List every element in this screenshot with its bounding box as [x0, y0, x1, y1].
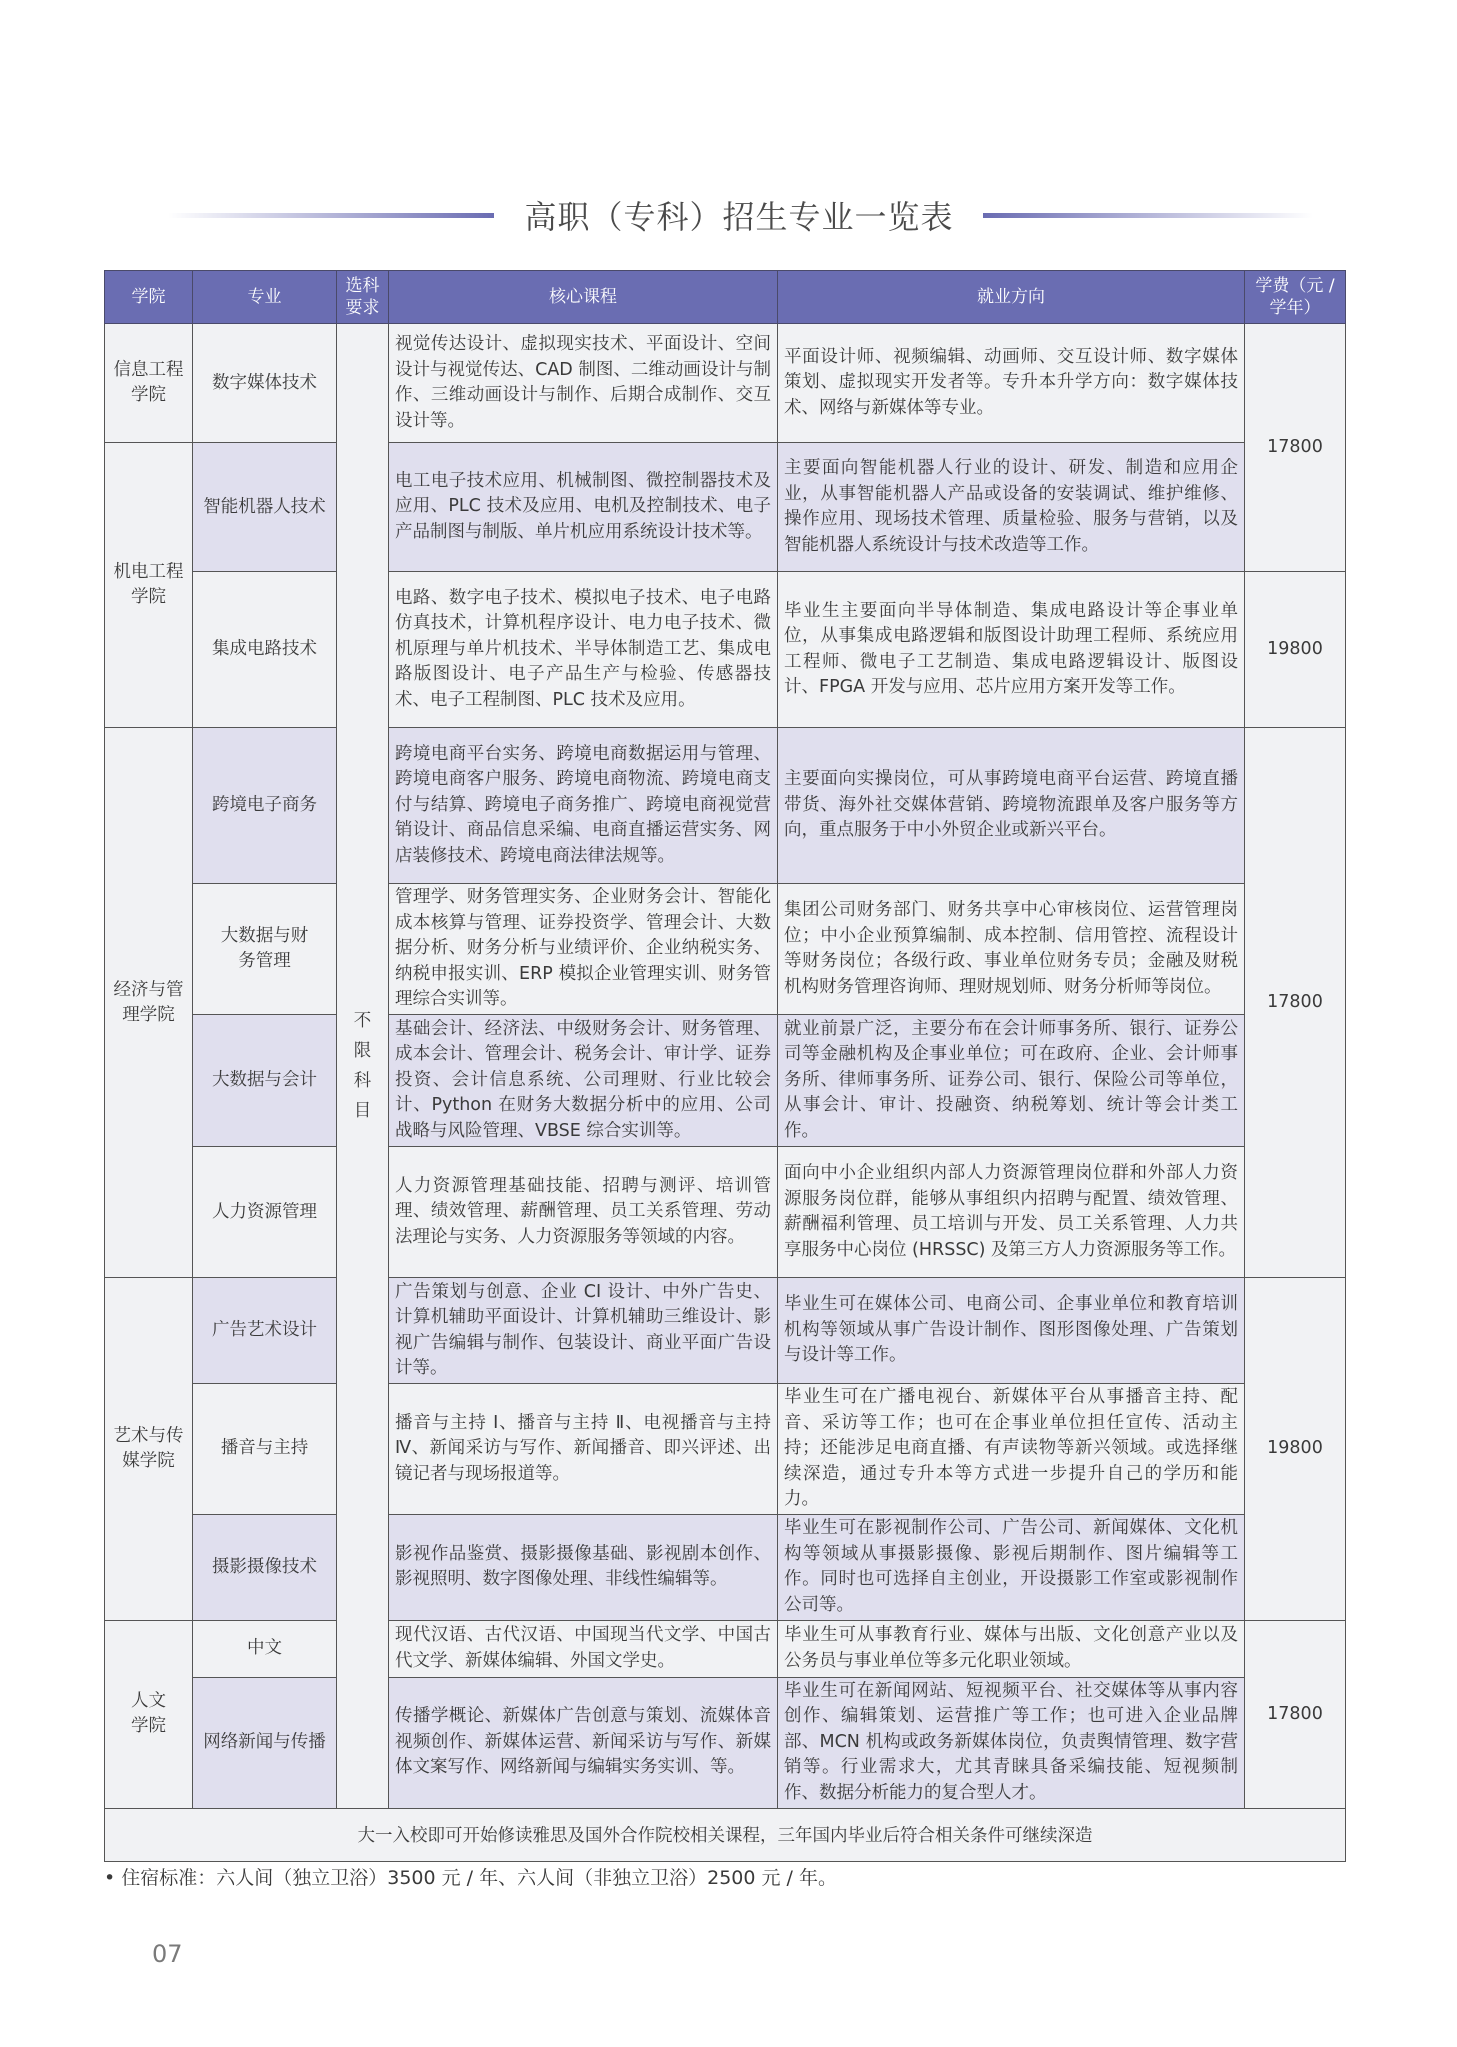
page-number: 07 [152, 1940, 183, 1968]
courses-cell: 影视作品鉴赏、摄影摄像基础、影视剧本创作、影视照明、数字图像处理、非线性编辑等。 [389, 1514, 778, 1620]
careers-cell: 毕业生主要面向半导体制造、集成电路设计等企事业单位，从事集成电路逻辑和版图设计助… [778, 572, 1245, 728]
major-cell: 摄影摄像技术 [193, 1514, 337, 1620]
header-college: 学院 [105, 271, 193, 324]
courses-cell: 视觉传达设计、虚拟现实技术、平面设计、空间设计与视觉传达、CAD 制图、二维动画… [389, 324, 778, 443]
major-cell: 数字媒体技术 [193, 324, 337, 443]
careers-cell: 就业前景广泛，主要分布在会计师事务所、银行、证券公司等金融机构及企事业单位；可在… [778, 1015, 1245, 1147]
fee-cell: 19800 [1245, 572, 1346, 728]
careers-cell: 毕业生可从事教育行业、媒体与出版、文化创意产业以及公务员与事业单位等多元化职业领… [778, 1620, 1245, 1677]
major-cell: 播音与主持 [193, 1384, 337, 1515]
table-row: 摄影摄像技术 影视作品鉴赏、摄影摄像基础、影视剧本创作、影视照明、数字图像处理、… [105, 1514, 1346, 1620]
fee-cell: 17800 [1245, 728, 1346, 1278]
major-cell: 广告艺术设计 [193, 1278, 337, 1384]
table-row: 艺术与传媒学院 广告艺术设计 广告策划与创意、企业 CI 设计、中外广告史、计算… [105, 1278, 1346, 1384]
title-decor-line-left [168, 213, 494, 218]
table-row: 大数据与会计 基础会计、经济法、中级财务会计、财务管理、成本会计、管理会计、税务… [105, 1015, 1346, 1147]
fee-cell: 17800 [1245, 324, 1346, 572]
college-cell: 人文学院 [105, 1620, 193, 1808]
careers-cell: 面向中小企业组织内部人力资源管理岗位群和外部人力资源服务岗位群，能够从事组织内招… [778, 1147, 1245, 1278]
table-row: 机电工程学院 智能机器人技术 电工电子技术应用、机械制图、微控制器技术及应用、P… [105, 443, 1346, 572]
courses-cell: 人力资源管理基础技能、招聘与测评、培训管理、绩效管理、薪酬管理、员工关系管理、劳… [389, 1147, 778, 1278]
courses-cell: 管理学、财务管理实务、企业财务会计、智能化成本核算与管理、证券投资学、管理会计、… [389, 884, 778, 1015]
courses-cell: 广告策划与创意、企业 CI 设计、中外广告史、计算机辅助平面设计、计算机辅助三维… [389, 1278, 778, 1384]
fee-cell: 17800 [1245, 1620, 1346, 1808]
careers-cell: 集团公司财务部门、财务共享中心审核岗位、运营管理岗位；中小企业预算编制、成本控制… [778, 884, 1245, 1015]
header-courses: 核心课程 [389, 271, 778, 324]
major-cell: 网络新闻与传播 [193, 1677, 337, 1808]
careers-cell: 毕业生可在影视制作公司、广告公司、新闻媒体、文化机构等领域从事摄影摄像、影视后期… [778, 1514, 1245, 1620]
header-requirement: 选科要求 [337, 271, 389, 324]
table-header-row: 学院 专业 选科要求 核心课程 就业方向 学费（元 / 学年） [105, 271, 1346, 324]
table-row: 网络新闻与传播 传播学概论、新媒体广告创意与策划、流媒体音视频创作、新媒体运营、… [105, 1677, 1346, 1808]
table-footer-note: 大一入校即可开始修读雅思及国外合作院校相关课程，三年国内毕业后符合相关条件可继续… [105, 1808, 1346, 1861]
college-cell: 艺术与传媒学院 [105, 1278, 193, 1621]
table-footer-row: 大一入校即可开始修读雅思及国外合作院校相关课程，三年国内毕业后符合相关条件可继续… [105, 1808, 1346, 1861]
college-cell: 信息工程学院 [105, 324, 193, 443]
majors-table: 学院 专业 选科要求 核心课程 就业方向 学费（元 / 学年） 信息工程学院 数… [104, 270, 1346, 1862]
major-cell: 集成电路技术 [193, 572, 337, 728]
careers-cell: 主要面向实操岗位，可从事跨境电商平台运营、跨境直播带货、海外社交媒体营销、跨境物… [778, 728, 1245, 884]
college-name: 人文学院 [129, 1689, 168, 1739]
table-row: 大数据与财务管理 管理学、财务管理实务、企业财务会计、智能化成本核算与管理、证券… [105, 884, 1346, 1015]
courses-cell: 跨境电商平台实务、跨境电商数据运用与管理、跨境电商客户服务、跨境电商物流、跨境电… [389, 728, 778, 884]
fee-cell: 19800 [1245, 1278, 1346, 1621]
page-title: 高职（专科）招生专业一览表 [500, 192, 978, 238]
major-cell: 智能机器人技术 [193, 443, 337, 572]
table-row: 经济与管理学院 跨境电子商务 跨境电商平台实务、跨境电商数据运用与管理、跨境电商… [105, 728, 1346, 884]
header-fee: 学费（元 / 学年） [1245, 271, 1346, 324]
header-careers: 就业方向 [778, 271, 1245, 324]
courses-cell: 现代汉语、古代汉语、中国现当代文学、中国古代文学、新媒体编辑、外国文学史。 [389, 1620, 778, 1677]
careers-cell: 毕业生可在新闻网站、短视频平台、社交媒体等从事内容创作、编辑策划、运营推广等工作… [778, 1677, 1245, 1808]
careers-cell: 毕业生可在广播电视台、新媒体平台从事播音主持、配音、采访等工作；也可在企事业单位… [778, 1384, 1245, 1515]
major-cell: 大数据与会计 [193, 1015, 337, 1147]
college-cell: 经济与管理学院 [105, 728, 193, 1278]
header-major: 专业 [193, 271, 337, 324]
table-row: 集成电路技术 电路、数字电子技术、模拟电子技术、电子电路仿真技术，计算机程序设计… [105, 572, 1346, 728]
requirement-text: 不限科目 [353, 1006, 373, 1126]
major-cell: 跨境电子商务 [193, 728, 337, 884]
requirement-cell: 不限科目 [337, 324, 389, 1809]
lodging-note: • 住宿标准：六人间（独立卫浴）3500 元 / 年、六人间（非独立卫浴）250… [104, 1863, 837, 1890]
major-cell: 中文 [193, 1620, 337, 1677]
courses-cell: 播音与主持 Ⅰ、播音与主持 Ⅱ、电视播音与主持 Ⅳ、新闻采访与写作、新闻播音、即… [389, 1384, 778, 1515]
major-cell: 大数据与财务管理 [193, 884, 337, 1015]
table-row: 人文学院 中文 现代汉语、古代汉语、中国现当代文学、中国古代文学、新媒体编辑、外… [105, 1620, 1346, 1677]
careers-cell: 主要面向智能机器人行业的设计、研发、制造和应用企业，从事智能机器人产品或设备的安… [778, 443, 1245, 572]
table-row: 人力资源管理 人力资源管理基础技能、招聘与测评、培训管理、绩效管理、薪酬管理、员… [105, 1147, 1346, 1278]
careers-cell: 平面设计师、视频编辑、动画师、交互设计师、数字媒体策划、虚拟现实开发者等。专升本… [778, 324, 1245, 443]
courses-cell: 电路、数字电子技术、模拟电子技术、电子电路仿真技术，计算机程序设计、电力电子技术… [389, 572, 778, 728]
college-cell: 机电工程学院 [105, 443, 193, 728]
table-row: 信息工程学院 数字媒体技术 不限科目 视觉传达设计、虚拟现实技术、平面设计、空间… [105, 324, 1346, 443]
careers-cell: 毕业生可在媒体公司、电商公司、企事业单位和教育培训机构等领域从事广告设计制作、图… [778, 1278, 1245, 1384]
major-cell: 人力资源管理 [193, 1147, 337, 1278]
table-row: 播音与主持 播音与主持 Ⅰ、播音与主持 Ⅱ、电视播音与主持 Ⅳ、新闻采访与写作、… [105, 1384, 1346, 1515]
courses-cell: 传播学概论、新媒体广告创意与策划、流媒体音视频创作、新媒体运营、新闻采访与写作、… [389, 1677, 778, 1808]
title-decor-line-right [983, 213, 1313, 218]
courses-cell: 电工电子技术应用、机械制图、微控制器技术及应用、PLC 技术及应用、电机及控制技… [389, 443, 778, 572]
page-title-bar: 高职（专科）招生专业一览表 [0, 188, 1457, 244]
courses-cell: 基础会计、经济法、中级财务会计、财务管理、成本会计、管理会计、税务会计、审计学、… [389, 1015, 778, 1147]
major-name: 大数据与财务管理 [221, 924, 309, 974]
